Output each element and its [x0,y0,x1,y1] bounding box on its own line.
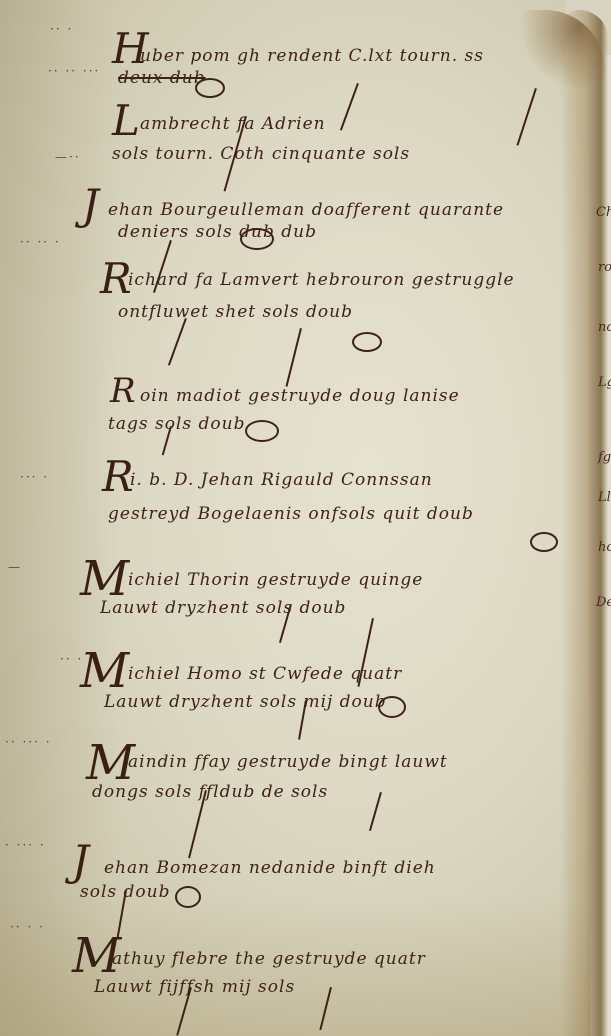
back-page-fragment: Lg [598,375,611,390]
entry-line-1: ichiel Thorin gestruyde quinge [128,570,423,590]
entry-line-1: i. b. D. Jehan Rigauld Connssan [130,470,433,490]
margin-mark: ·· ·· · [20,235,61,249]
entry-line-2: ontfluwet shet sols doub [118,302,353,322]
entry-line-2: deniers sols dub dub [118,222,317,242]
entry-initial: M [80,558,129,600]
back-page-fragment: no [598,320,611,335]
ink-flourish [352,332,382,352]
entry-line-1: ichiel Homo st Cwfede quatr [128,664,402,684]
entry-initial: R [110,370,136,412]
back-page-fragment: Ll [598,490,611,505]
back-page-fragment: fg [598,450,611,465]
back-page-fragment: Ch [596,205,611,220]
ink-flourish [175,886,201,908]
entry-line-1: uber pom gh rendent C.lxt tourn. ss [140,46,484,66]
ink-flourish [378,696,406,718]
margin-mark: ··· · [20,470,49,484]
entry-line-2: gestreyd Bogelaenis onfsols quit doub [108,504,474,524]
margin-mark: ·· · · [10,920,45,934]
entry-initial: R [100,258,132,300]
page-edge-stain [560,10,608,1036]
ink-flourish [195,78,225,98]
ink-flourish [530,532,558,552]
margin-mark: ·· · [50,22,73,36]
margin-mark: ·· ··· · [5,735,52,749]
entry-initial: J [72,840,89,882]
entry-line-2: Lauwt fijffsh mij sols [94,977,295,997]
entry-line-1: ehan Bomezan nedanide binft dieh [104,858,436,878]
entry-line-1: aindin ffay gestruyde bingt lauwt [128,752,448,772]
entry-line-1: athuy flebre the gestruyde quatr [112,949,426,969]
entry-line-2: Lauwt dryzhent sols doub [100,598,346,618]
entry-line-1: ehan Bourgeulleman doafferent quarante [108,200,504,220]
back-page-fragment: ho [598,540,611,555]
margin-mark: · ··· · [5,838,46,852]
entry-line-2: Lauwt dryzhent sols mij doub [104,692,387,712]
entry-line-1: oin madiot gestruyde doug lanise [140,386,460,406]
ink-flourish [240,228,274,250]
back-page-fragment: ro [598,260,611,275]
back-page-fragment: De [596,595,611,610]
entry-initial: J [82,184,99,226]
entry-line-2-struck: deux dub [118,68,206,88]
entry-initial: L [112,100,140,142]
entry-line-1: ambrecht fa Adrien [140,114,326,134]
entry-initial: R [102,456,134,498]
ink-flourish [245,420,279,442]
margin-mark: — [8,560,22,574]
entry-line-2: dongs sols ffldub de sols [92,782,328,802]
margin-mark: ·· ·· ··· [48,64,100,78]
entry-initial: M [80,650,129,692]
margin-mark: —·· [55,150,81,164]
entry-line-2: sols tourn. Coth cinquante sols [112,144,410,164]
entry-line-1: ichard fa Lamvert hebrouron gestruggle [128,270,515,290]
entry-line-2: tags sols doub [108,414,245,434]
